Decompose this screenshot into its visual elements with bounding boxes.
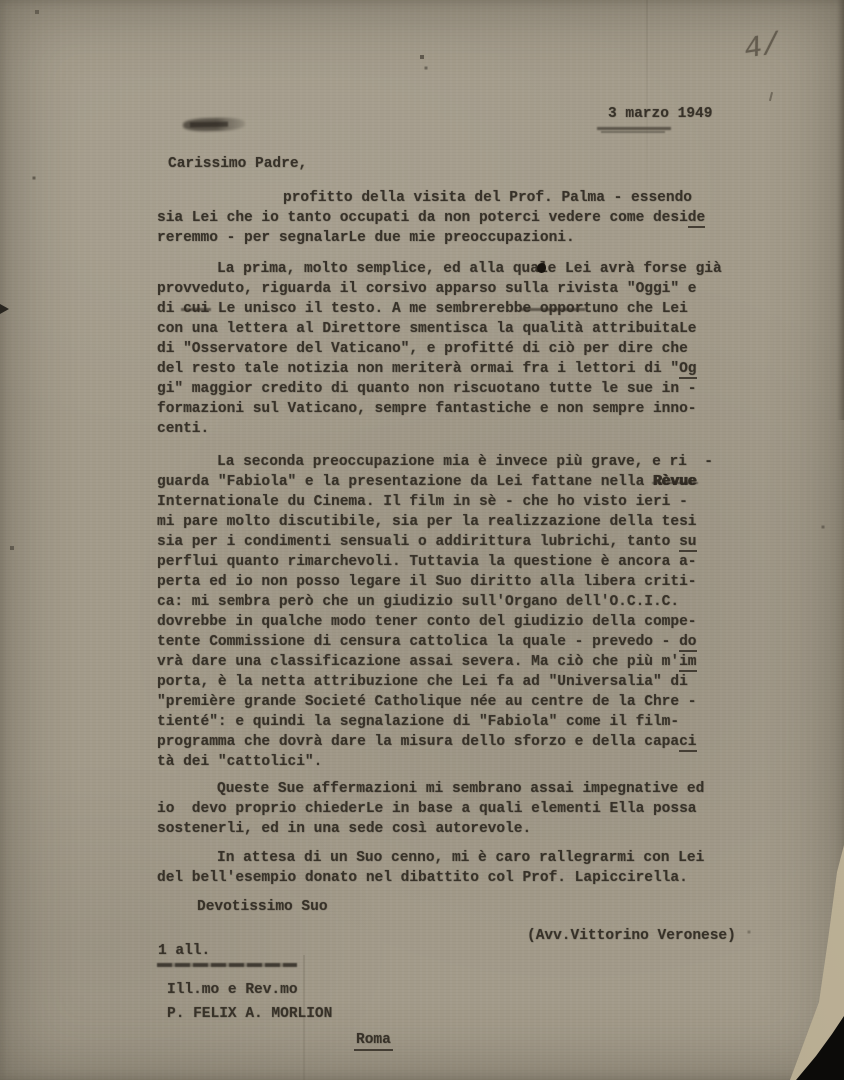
letter-page: 4/ 3 marzo 1949 Carissimo Padre, profitt… xyxy=(0,0,844,1080)
paragraph-3: La seconda preoccupazione mia è invece p… xyxy=(157,452,713,772)
text-line: centi. xyxy=(157,419,722,439)
left-edge-mark xyxy=(0,304,9,314)
text-line: con una lettera al Direttore smentisca l… xyxy=(157,319,722,339)
pencil-mark: 4/ xyxy=(744,29,780,67)
text-line: formazioni sul Vaticano, sempre fantasti… xyxy=(157,399,722,419)
text-line: sia per i condimenti sensuali o addiritt… xyxy=(157,532,713,552)
paragraph-1: profitto della visita del Prof. Palma - … xyxy=(157,188,705,248)
text-line: Internationale du Cinema. Il film in sè … xyxy=(157,492,713,512)
text-line: tienté": e quindi la segnalazione di "Fa… xyxy=(157,712,713,732)
text-line: programma che dovrà dare la misura dello… xyxy=(157,732,713,752)
text-line: vrà dare una classificazione assai sever… xyxy=(157,652,713,672)
text-line: sia Lei che io tanto occupati da non pot… xyxy=(157,208,705,228)
ink-specks xyxy=(0,0,2,2)
text-line: perta ed io non posso legare il Suo diri… xyxy=(157,572,713,592)
text-line: tente Commissione di censura cattolica l… xyxy=(157,632,713,652)
text-line: del bell'esempio donato nel dibattito co… xyxy=(157,868,704,888)
closing: Devotissimo Suo xyxy=(197,897,328,917)
paragraph-4: Queste Sue affermazioni mi sembrano assa… xyxy=(157,779,704,839)
right-edge-shadow xyxy=(837,0,844,420)
date-underline-smudge xyxy=(597,127,671,130)
pencil-tick-mark xyxy=(769,92,773,101)
text-line: gi" maggior credito di quanto non riscuo… xyxy=(157,379,722,399)
text-line: "première grande Societé Catholique née … xyxy=(157,692,713,712)
letter-date: 3 marzo 1949 xyxy=(608,104,712,124)
text-line: guarda "Fabiola" e la presentazione da L… xyxy=(157,472,713,492)
text-line: sostenerli, ed in una sede così autorevo… xyxy=(157,819,704,839)
signature: (Avv.Vittorino Veronese) xyxy=(527,926,736,946)
text-line: porta, è la netta attribuzione che Lei f… xyxy=(157,672,713,692)
typed-scribble-core xyxy=(190,122,228,128)
text-line: In attesa di un Suo cenno, mi è caro ral… xyxy=(157,848,704,868)
text-line: La prima, molto semplice, ed alla quale … xyxy=(157,259,722,279)
recipient-place: Roma xyxy=(354,1030,393,1050)
text-line: dovrebbe in qualche modo tener conto del… xyxy=(157,612,713,632)
text-line: profitto della visita del Prof. Palma - … xyxy=(157,188,705,208)
enclosure-note: 1 all. xyxy=(158,941,210,961)
separator-dashes xyxy=(157,963,297,967)
text-line: del resto tale notizia non meriterà orma… xyxy=(157,359,722,379)
text-line: di "Osservatore del Vaticano", e profitt… xyxy=(157,339,722,359)
paragraph-2: La prima, molto semplice, ed alla quale … xyxy=(157,259,722,439)
recipient-honorific: Ill.mo e Rev.mo xyxy=(167,980,298,1000)
text-line: di cui Le unisco il testo. A me sembrere… xyxy=(157,299,722,319)
text-line: tà dei "cattolici". xyxy=(157,752,713,772)
text-line: io devo proprio chiederLe in base a qual… xyxy=(157,799,704,819)
recipient-name: P. FELIX A. MORLION xyxy=(167,1004,332,1024)
place-label: Roma xyxy=(354,1032,393,1051)
paper-crease xyxy=(303,955,305,1080)
text-line: Queste Sue affermazioni mi sembrano assa… xyxy=(157,779,704,799)
paper-crease-top xyxy=(646,0,648,215)
text-line: reremmo - per segnalarLe due mie preoccu… xyxy=(157,228,705,248)
text-line: mi pare molto discutibile, sia per la re… xyxy=(157,512,713,532)
text-line: La seconda preoccupazione mia è invece p… xyxy=(157,452,713,472)
text-line: perflui quanto rimarchevoli. Tuttavia la… xyxy=(157,552,713,572)
salutation: Carissimo Padre, xyxy=(168,154,307,174)
ink-blot xyxy=(537,263,546,273)
paragraph-5: In attesa di un Suo cenno, mi è caro ral… xyxy=(157,848,704,888)
text-line: provveduto, riguarda il corsivo apparso … xyxy=(157,279,722,299)
date-underline-smudge-2 xyxy=(601,131,665,133)
text-line: ca: mi sembra però che un giudizio sull'… xyxy=(157,592,713,612)
